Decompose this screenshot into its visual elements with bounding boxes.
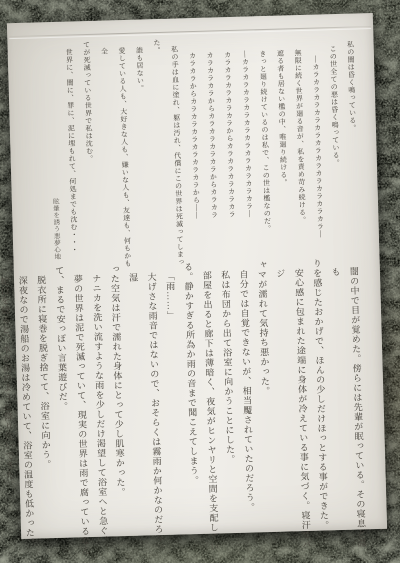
photo-of-book-page: { "colors": { "background": "#0d0f0a", "… <box>0 0 400 563</box>
dream-monologue-text-block: 私の闇は昏く鳴っている。この世全ての悪は昏く鳴っている。―カラカラカラカラカラカ… <box>42 33 365 264</box>
text-column: 愛している人も、大好きな人も、嫌いな人も、友達も、何もかも全 <box>94 40 136 270</box>
narrative-text-block: 闇の中で目が覚めた。傍らには先輩が眠っている。その寝息と温もりを感じたおかげで、… <box>0 257 370 549</box>
book-page: 私の闇は昏く鳴っている。この世全ての悪は昏く鳴っている。―カラカラカラカラカラカ… <box>7 13 387 539</box>
